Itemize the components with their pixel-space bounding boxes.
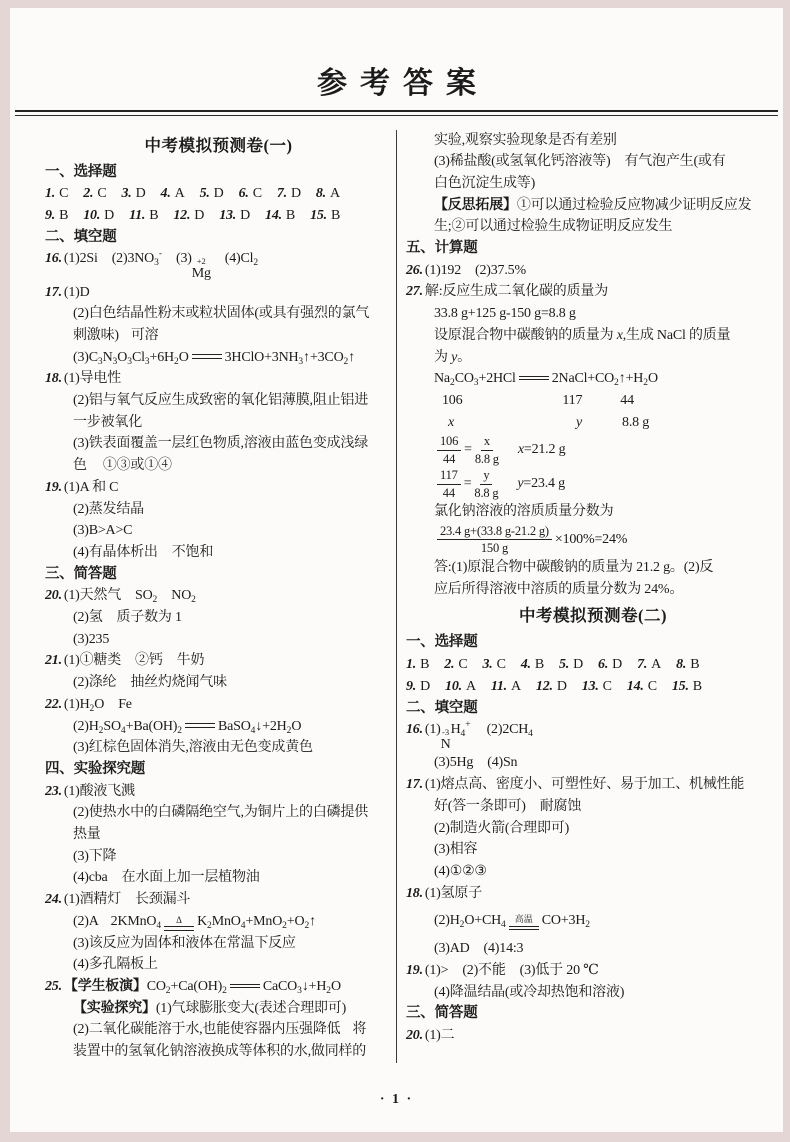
choice-answers-line: 1.B2.C3.C4.B5.D6.D7.A8.B [406,654,780,676]
spacer [119,338,131,339]
spacer [434,425,448,426]
text: CO+3H [542,913,585,928]
text: O [94,697,104,712]
valence-overset: +2Mg [192,257,211,281]
text: (1)D [64,285,90,300]
text: (2)H [73,719,99,734]
text: CO [455,371,474,386]
text: 2KMnO [111,914,157,929]
answer-line: 18.(1)氢原子 [406,883,780,905]
text: (3)稀盐酸(或氢氧化钙溶液等) [434,154,610,169]
question-number: 20. [406,1028,425,1043]
text: Cl [132,350,145,365]
answer-line: (2)H2O+CH4高温CO+3H2 [406,904,780,938]
page-title: 参考答案 [10,8,783,102]
text: K [197,914,207,929]
text: ↓+2H [255,719,286,734]
answer-line: 17.(1)熔点高、密度小、可塑性好、易于加工、机械性能 [406,774,780,796]
text: (1)天然气 [64,588,121,603]
text: 一步被氧化 [73,415,142,430]
choice-answer: 5.D [559,654,583,676]
text: (3)红棕色固体消失,溶液由无色变成黄色 [73,740,313,755]
spacer [454,425,576,426]
fraction: 11744 [437,468,461,500]
choice-answer: 13.D [219,205,250,227]
text: (3)AD [434,941,470,956]
spacer [502,452,518,453]
answer-line: (2)涤纶抽丝灼烧闻气味 [45,672,392,694]
answer-line: (2)氢质子数为 1 [45,607,392,629]
question-number: 24. [45,892,64,907]
text: Fe [118,697,132,712]
text: (1)①糖类 [64,653,121,668]
answer-line: 24.(1)酒精灯长颈漏斗 [45,889,392,911]
text: ②钙 [135,653,163,668]
text: 色 [73,458,87,473]
answer-line: (4)①②③ [406,861,780,883]
answer-line: 【实验探究】(1)气球膨胀变大(表述合理即可) [45,998,392,1020]
sub-text: 2 [253,258,258,268]
text: (4)Sn [487,755,517,770]
choice-answer: 7.A [637,654,661,676]
text: ↑ [309,914,316,929]
page-number: · 1 · [10,1092,783,1108]
section-heading: 一、选择题 [45,162,392,184]
choice-answer: 15.B [310,205,340,227]
answer-line: 18.(1)导电性 [45,368,392,390]
spacer [162,261,176,262]
text: 实验,观察实验现象是否有差别 [434,133,617,148]
text: (4)①②③ [434,864,487,879]
answer-line: 23.4 g+(33.8 g-21.2 g)150 g×100%=24% [406,523,780,557]
choice-answer: 3.C [483,654,506,676]
text: (2)不能 [462,963,505,978]
answer-line: (4)有晶体析出不饱和 [45,542,392,564]
text: (1)2Si [64,251,98,266]
text: 117 [562,393,582,408]
text: 。 [457,350,471,365]
text: O [291,719,301,734]
fraction: 10644 [437,434,461,466]
question-number: 16. [45,251,64,266]
answer-line: (3)下降 [45,846,392,868]
answer-line: 生;②可以通过检验生成物证明反应发生 [406,216,780,238]
text: (2)使热水中的白磷隔绝空气,为铜片上的白磷提供 [73,805,368,820]
text: = [464,476,472,491]
question-number: 25. [45,979,64,994]
text: (3)5Hg [434,755,473,770]
answer-line: (4)多孔隔板上 [45,954,392,976]
text: (3)低于 20 ℃ [520,963,599,978]
choice-answer: 11.B [129,205,158,227]
answer-line: (3)稀盐酸(或氢氧化钙溶液等)有气泡产生(或有 [406,151,780,173]
answer-line: 17.(1)D [45,282,392,304]
text: CaCO [263,979,297,994]
answer-line: 刺激味)可溶 [45,325,392,347]
text: (2)蒸发结晶 [73,502,144,517]
text: (2)铝与氧气反应生成致密的氧化铝薄膜,阻止铝进 [73,393,368,408]
text: (1)气球膨胀变大(表述合理即可) [156,1001,346,1016]
text: (2)A [73,914,99,929]
text: (2)二氧化碳能溶于水,也能使容器内压强降低 [73,1022,340,1037]
text: 二、填空题 [45,229,117,245]
reaction-equals-sign [519,376,549,381]
text: ①可以通过检验反应物减少证明反应发 [517,198,752,213]
text: CO [147,979,166,994]
answer-line: 为 y。 [406,347,780,369]
question-number: 18. [406,886,425,901]
answer-line: 22.(1)H2OFe [45,694,392,716]
answer-line: (3)该反应为固体和液体在常温下反应 [45,933,392,955]
spacer [116,685,130,686]
question-number: 20. [45,588,64,603]
text: (4)有晶体析出 [73,545,158,560]
choice-answer: 3.D [122,183,146,205]
choice-answer: 1.B [406,654,429,676]
text: (2)涤纶 [73,675,116,690]
text: NO [171,588,191,603]
reaction-equals-sign [185,723,215,728]
text: 一、选择题 [406,634,478,650]
text: (2)制造火箭(合理即可) [434,821,569,836]
answer-line: 16.(1)2Si(2)3NO3-(3)+2Mg(4)Cl2 [45,248,392,281]
text: (2)白色结晶性粉末或粒状固体(或具有强烈的氯气 [73,306,369,321]
text: 生;②可以通过检验生成物证明反应发生 [434,219,672,234]
text: (1)> [425,963,448,978]
spacer [526,809,540,810]
answer-line: 25.【学生板演】CO2+Ca(OH)2CaCO3↓+H2O [45,976,392,998]
question-number: 19. [45,480,64,495]
spacer [470,951,484,952]
text: 2NaCl+CO [552,371,614,386]
text: 白色沉淀生成等) [434,176,535,191]
spacer [98,261,112,262]
text: O [117,350,127,365]
text: 一、选择题 [45,164,117,180]
text: 解:反应生成二氧化碳的质量为 [425,284,608,299]
text: ,生成 NaCl 的质量 [623,328,731,343]
text: SO [135,588,153,603]
answer-line: 好(答一条即可)耐腐蚀 [406,796,780,818]
page-container: 参考答案 中考模拟预测卷(一)一、选择题1.C2.C3.D4.A5.D6.C7.… [10,8,783,1132]
choice-answer: 11.A [491,676,521,698]
spacer [582,403,620,404]
spacer [462,403,562,404]
right-column: 实验,观察实验现象是否有差别(3)稀盐酸(或氢氧化钙溶液等)有气泡产生(或有白色… [396,130,782,1063]
sub-text: 4 [156,921,161,931]
answer-line: 白色沉淀生成等) [406,173,780,195]
answer-line: 26.(1)192(2)37.5% [406,260,780,282]
spacer [211,261,225,262]
answer-line: 19.(1)A 和 C [45,477,392,499]
answer-line: (3)5Hg(4)Sn [406,752,780,774]
text: O [648,371,658,386]
sub-text: 2 [177,726,182,736]
sub-text: 4 [460,729,465,739]
answer-line: 19.(1)>(2)不能(3)低于 20 ℃ [406,960,780,982]
spacer [461,273,475,274]
text: 设原混合物中碳酸钠的质量为 [434,328,617,343]
text: 答:(1)原混合物中碳酸钠的质量为 21.2 g。(2)反 [434,560,713,575]
answer-line: (3)B>A>C [45,520,392,542]
text: 三、简答题 [45,566,117,582]
left-column: 中考模拟预测卷(一)一、选择题1.C2.C3.D4.A5.D6.C7.D8.A9… [10,130,396,1063]
text: (3)相容 [434,842,477,857]
math-variable: y [576,415,582,430]
sub-text: 2 [153,595,158,605]
text: (4)Cl [225,251,254,266]
sub-text: 4 [528,729,533,739]
spacer [473,765,487,766]
text: O+CH [464,913,501,928]
text: (3)铁表面覆盖一层红色物质,溶液由蓝色变成浅绿 [73,436,368,451]
text: 五、计算题 [406,240,478,256]
sub-text: 4 [501,920,506,930]
text: SO [103,719,121,734]
text: (2)2CH [487,722,529,737]
text: (2)37.5% [475,263,526,278]
choice-answer: 6.C [239,183,262,205]
text: (3)下降 [73,849,116,864]
choice-answer: 5.D [200,183,224,205]
sub-text: 2 [585,920,590,930]
text: ↓+H [302,979,326,994]
choice-answer: 14.C [627,676,657,698]
text: 耐腐蚀 [540,799,581,814]
question-number: 23. [45,784,64,799]
answer-line: 20.(1)天然气SO2NO2 [45,585,392,607]
text: 热量 [73,827,101,842]
question-number: 18. [45,371,64,386]
text: (4)14:3 [484,941,524,956]
answer-line: (3)红棕色固体消失,溶液由无色变成黄色 [45,737,392,759]
answer-line: Na2CO3+2HCl2NaCl+CO2↑+H2O [406,368,780,390]
math-variable: x [448,415,454,430]
answer-line: (3)C3N3O3Cl3+6H2O3HClO+3NH3↑+3CO2↑ [45,347,392,369]
text: ↑+H [619,371,643,386]
sup-text: + [465,720,470,730]
text: (1) [425,722,441,737]
answer-line: 设原混合物中碳酸钠的质量为 x,生成 NaCl 的质量 [406,325,780,347]
two-column-layout: 中考模拟预测卷(一)一、选择题1.C2.C3.D4.A5.D6.C7.D8.A9… [10,130,783,1063]
text: 在水面上加一层植物油 [122,870,260,885]
spacer [340,1032,352,1033]
text: +Ba(OH) [126,719,178,734]
answer-line: 21.(1)①糖类②钙牛奶 [45,650,392,672]
text: =21.2 g [524,442,566,457]
spacer [121,902,135,903]
choice-answer: 6.D [598,654,622,676]
answer-line: (2)A2KMnO4ΔK2MnO4+MnO2+O2↑ [45,911,392,933]
answer-line: (2)二氧化碳能溶于水,也能使容器内压强降低将 [45,1019,392,1041]
sub-text: 2 [191,595,196,605]
text: 可溶 [131,328,159,343]
fraction: x8.8 g [475,434,499,466]
text: O [179,350,189,365]
sub-text: 3 [154,258,159,268]
section-heading: 一、选择题 [406,632,780,654]
section-heading: 三、简答题 [406,1003,780,1025]
question-number: 26. [406,263,425,278]
text: 好(答一条即可) [434,799,526,814]
section-heading: 二、填空题 [45,227,392,249]
text: +Ca(OH) [171,979,223,994]
spacer [506,973,520,974]
text: (1)酸液飞溅 [64,784,135,799]
text: 中考模拟预测卷(二) [519,606,667,625]
spacer [501,486,517,487]
answer-line: (2)铝与氧气反应生成致密的氧化铝薄膜,阻止铝进 [45,390,392,412]
choice-answer: 2.C [444,654,467,676]
answer-line: 氯化钠溶液的溶质质量分数为 [406,501,780,523]
spacer [121,663,135,664]
text: 应后所得溶液中溶质的质量分数为 24%。 [434,582,683,597]
exam-heading: 中考模拟预测卷(一) [45,132,392,159]
text: 33.8 g+125 g-150 g=8.8 g [434,306,576,321]
choice-answer: 4.A [161,183,185,205]
choice-answer: 7.D [277,183,301,205]
choice-answers-line: 1.C2.C3.D4.A5.D6.C7.D8.A [45,183,392,205]
text: (3)B>A>C [73,523,132,538]
choice-answer: 10.A [445,676,476,698]
text: (1)熔点高、密度小、可塑性好、易于加工、机械性能 [425,777,744,792]
fraction: y8.8 g [474,468,498,500]
answer-line: 应后所得溶液中溶质的质量分数为 24%。 [406,579,780,601]
choice-answer: 4.B [521,654,544,676]
spacer [448,973,462,974]
answer-line: 10611744 [406,390,780,412]
text: 3HClO+3NH [225,350,299,365]
spacer [582,425,622,426]
question-number: 17. [406,777,425,792]
text: (3)235 [73,632,109,647]
text: 牛奶 [177,653,205,668]
answer-line: (3)235 [45,629,392,651]
section-heading: 四、实验探究题 [45,759,392,781]
text: (4)cba [73,870,108,885]
text: (2)氢 [73,610,103,625]
text: (3) [176,251,192,266]
question-number: 27. [406,284,425,299]
choice-answer: 12.D [536,676,567,698]
answer-line: 热量 [45,824,392,846]
answer-line: 10644=x8.8 gx=21.2 g [406,433,780,467]
section-heading: 二、填空题 [406,698,780,720]
text: +MnO [245,914,282,929]
reaction-equals-sign: Δ [164,916,194,931]
exam-heading: 中考模拟预测卷(二) [406,602,780,629]
text: 106 [442,393,462,408]
bold-label: 【反思拓展】 [434,198,517,213]
reaction-equals-sign [230,984,260,989]
choice-answer: 2.C [83,183,106,205]
answer-line: 【反思拓展】①可以通过检验反应物减少证明反应发 [406,195,780,217]
text: 中考模拟预测卷(一) [145,136,293,155]
spacer [158,555,172,556]
sub-text: 2 [222,986,227,996]
text: (3)该反应为固体和液体在常温下反应 [73,936,296,951]
choice-answers-line: 9.B10.D11.B12.D13.D14.B15.B [45,205,392,227]
choice-answer: 9.D [406,676,430,698]
question-number: 21. [45,653,64,668]
spacer [157,598,171,599]
text: 三、简答题 [406,1005,478,1021]
text: H [451,722,461,737]
section-heading: 三、简答题 [45,564,392,586]
bold-label: 【学生板演】 [64,979,147,994]
answer-line: 色①③或①④ [45,455,392,477]
question-number: 16. [406,722,425,737]
text: 将 [352,1022,366,1037]
spacer [103,620,117,621]
choice-answer: 14.B [265,205,295,227]
text: 二、填空题 [406,700,478,716]
fraction: 23.4 g+(33.8 g-21.2 g)150 g [437,524,552,556]
text: (4)降温结晶(或冷却热饱和溶液) [434,985,624,1000]
text: 为 [434,350,451,365]
choice-answer: 13.C [582,676,612,698]
choice-answer: 15.B [672,676,702,698]
spacer [163,663,177,664]
answer-line: 16.(1)-3NH4+(2)2CH4 [406,719,780,752]
text: = [464,442,472,457]
text: 装置中的氢氧化钠溶液换成等体积的水,做同样的 [73,1044,366,1059]
text: 抽丝灼烧闻气味 [130,675,227,690]
choice-answer: 8.B [676,654,699,676]
text: (1)二 [425,1028,455,1043]
answer-line: (2)H2SO4+Ba(OH)2BaSO4↓+2H2O [45,716,392,738]
text: 不饱和 [172,545,213,560]
answer-line: 23.(1)酸液飞溅 [45,781,392,803]
text: (1)H [64,697,90,712]
reaction-equals-sign: 高温 [509,915,539,930]
title-rule [15,110,778,116]
text: 44 [620,393,634,408]
text: 有气泡产生(或有 [624,154,725,169]
answer-line: 装置中的氢氧化钠溶液换成等体积的水,做同样的 [45,1041,392,1063]
answer-line: (3)AD(4)14:3 [406,938,780,960]
section-heading: 五、计算题 [406,238,780,260]
answer-line: 20.(1)二 [406,1025,780,1047]
answer-line: (2)蒸发结晶 [45,499,392,521]
answer-line: (2)白色结晶性粉末或粒状固体(或具有强烈的氯气 [45,303,392,325]
text: N [103,350,113,365]
text: 氯化钠溶液的溶质质量分数为 [434,504,613,519]
choice-answer: 8.A [316,183,340,205]
text: (1)192 [425,263,461,278]
question-number: 22. [45,697,64,712]
bold-label: 【实验探究】 [73,1001,156,1016]
spacer [434,403,442,404]
choice-answer: 9.B [45,205,68,227]
text: (1)导电性 [64,371,121,386]
answer-line: 一步被氧化 [45,412,392,434]
text: MnO [212,914,241,929]
answer-line: 27.解:反应生成二氧化碳的质量为 [406,281,780,303]
text: (3)C [73,350,98,365]
answer-line: 11744=y8.8 gy=23.4 g [406,467,780,501]
text: 8.8 g [622,415,649,430]
spacer [104,707,118,708]
text: (2)H [434,913,460,928]
spacer [471,732,487,733]
text: +2HCl [479,371,516,386]
answer-line: 33.8 g+125 g-150 g=8.8 g [406,303,780,325]
text: =23.4 g [523,476,565,491]
text: 四、实验探究题 [45,761,145,777]
text: 长颈漏斗 [135,892,190,907]
text: +O [287,914,305,929]
